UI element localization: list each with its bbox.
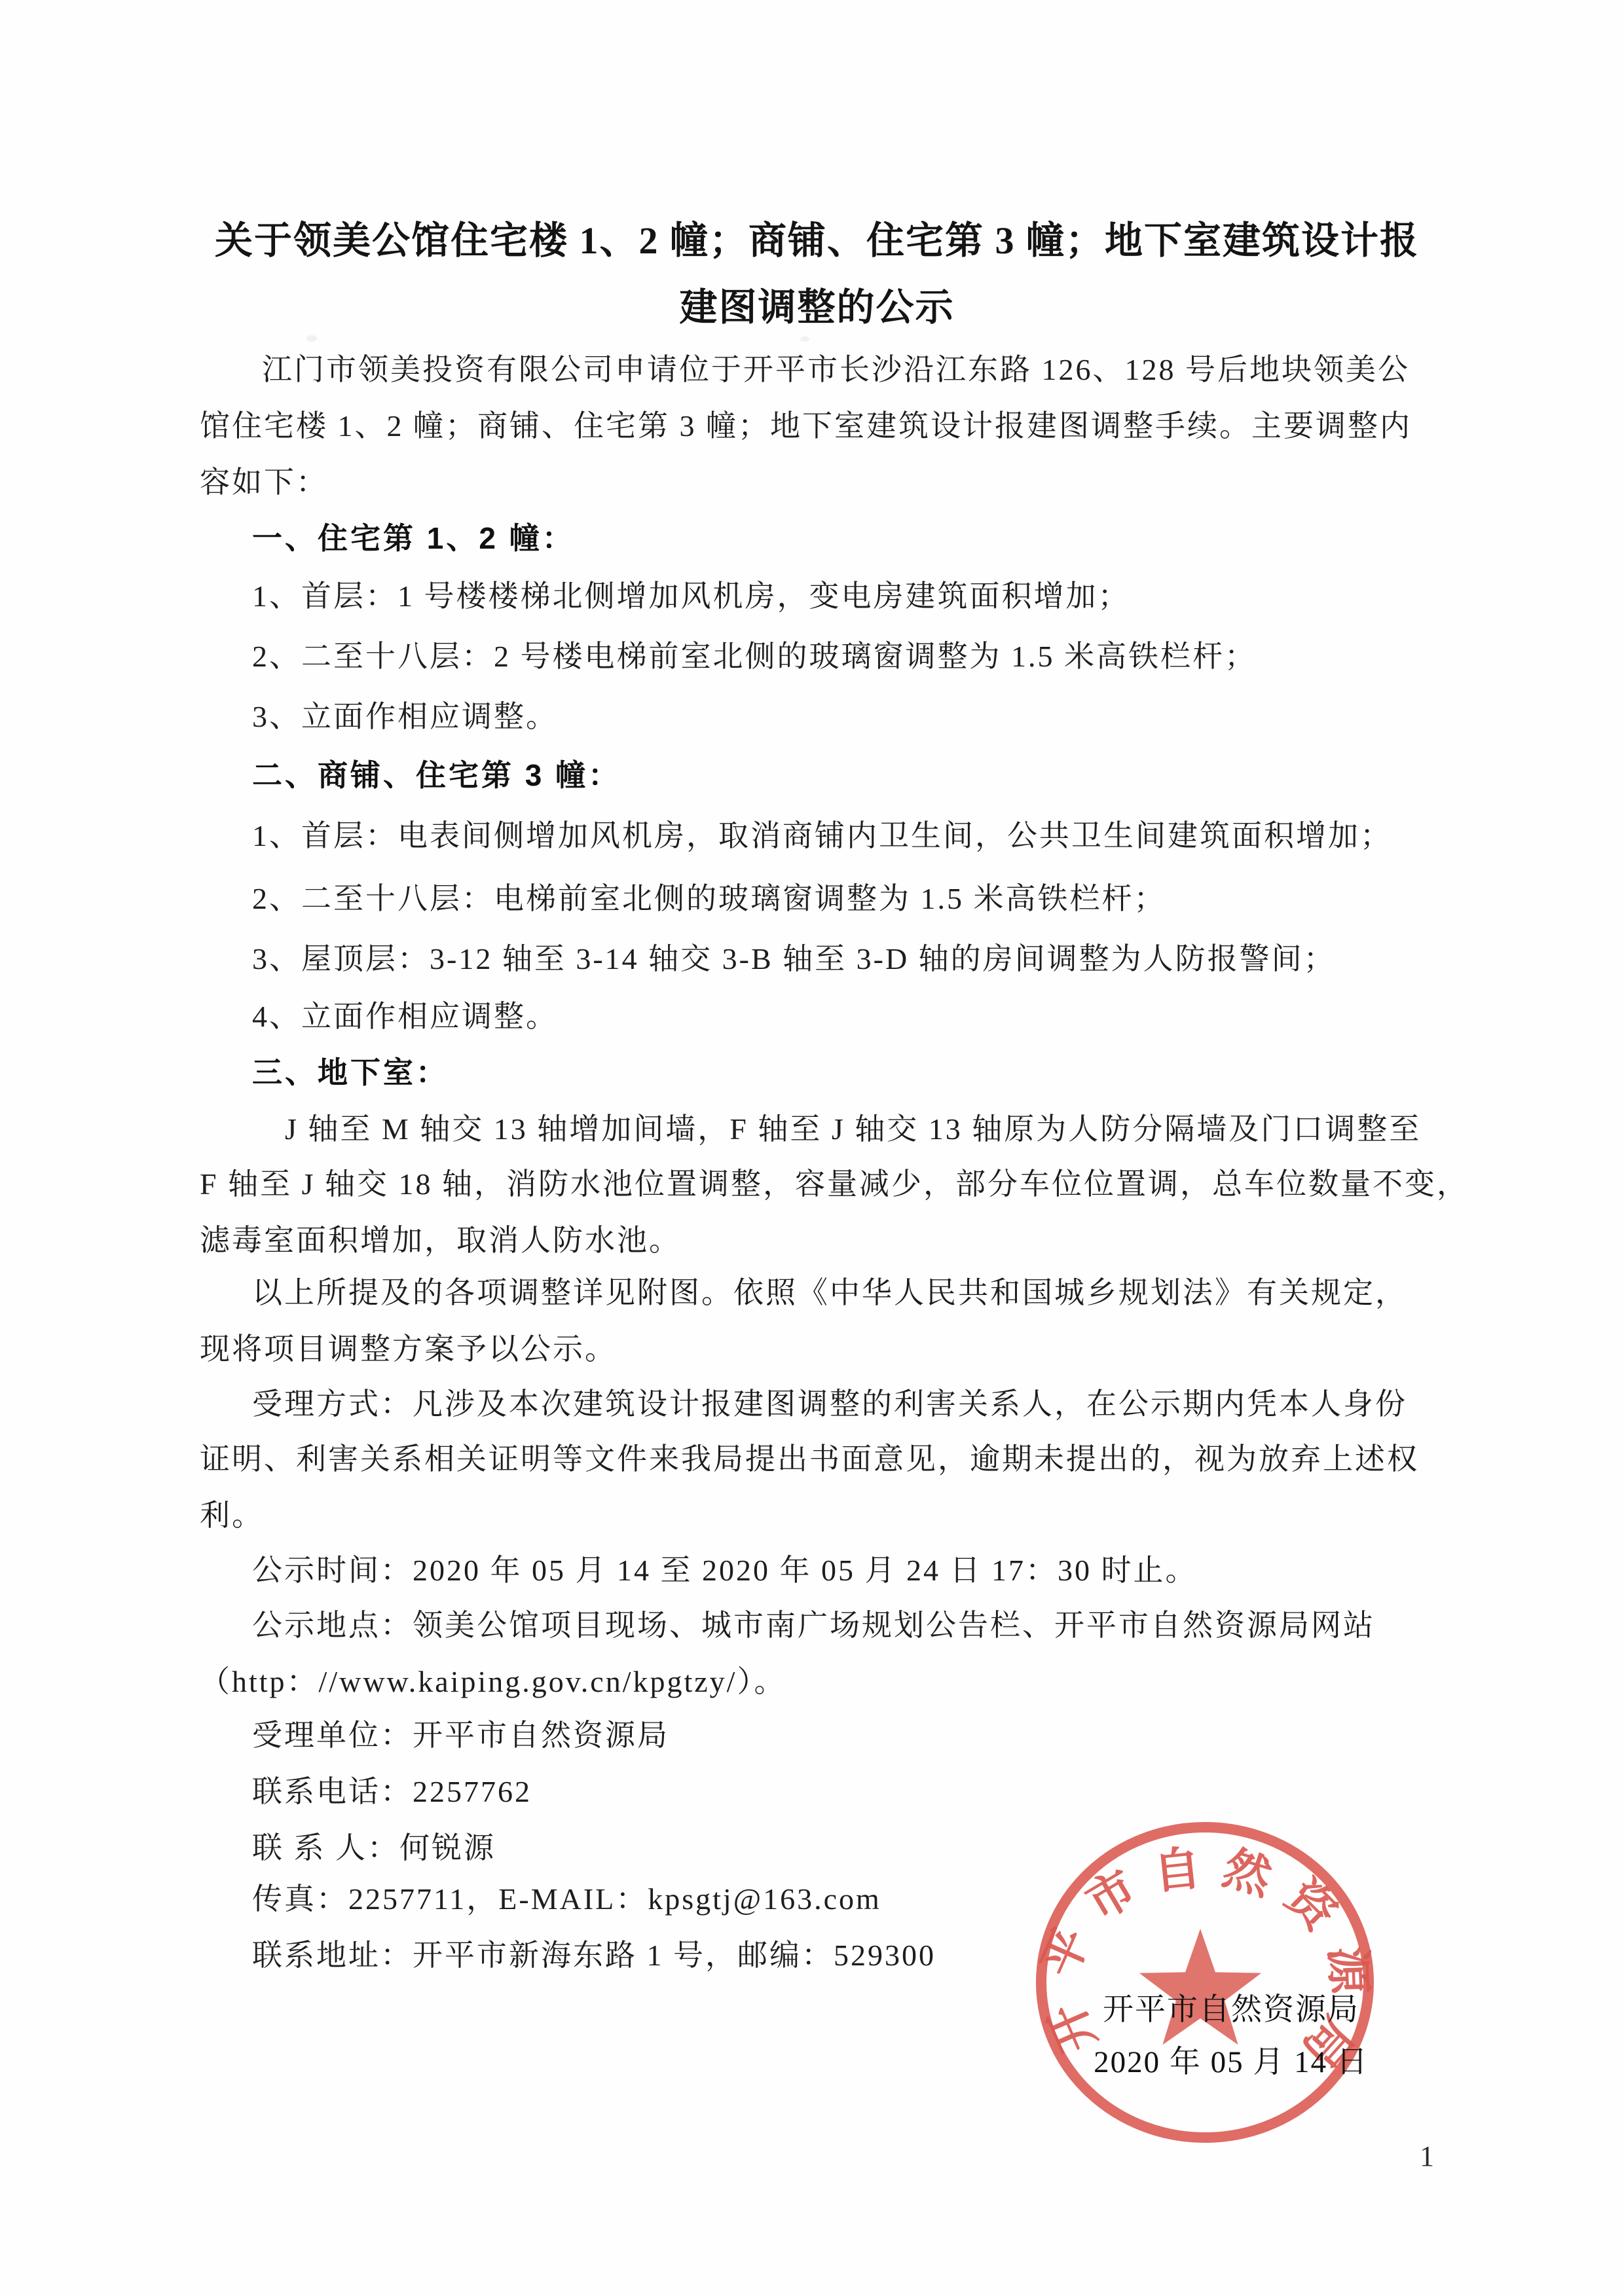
section-2-item-1: 1、首层：电表间侧增加风机房，取消商铺内卫生间，公共卫生间建筑面积增加； xyxy=(200,812,1516,855)
closing-line-1: 以上所提及的各项调整详见附图。依照《中华人民共和国城乡规划法》有关规定， xyxy=(200,1269,1516,1312)
notice-phone: 联系电话：2257762 xyxy=(200,1768,1516,1811)
section-3-heading: 三、地下室： xyxy=(200,1049,1516,1092)
notice-title-line-1: 关于领美公馆住宅楼 1、2 幢；商铺、住宅第 3 幢；地下室建筑设计报 xyxy=(200,210,1434,264)
section-1-item-2: 2、二至十八层：2 号楼电梯前室北侧的玻璃窗调整为 1.5 米高铁栏杆； xyxy=(200,632,1516,676)
section-2-item-2: 2、二至十八层：电梯前室北侧的玻璃窗调整为 1.5 米高铁栏杆； xyxy=(200,875,1516,918)
notice-place-line-1: 公示地点：领美公馆项目现场、城市南广场规划公告栏、开平市自然资源局网站 xyxy=(200,1601,1516,1645)
section-2-heading: 二、商铺、住宅第 3 幢： xyxy=(200,752,1516,795)
section-2-item-4: 4、立面作相应调整。 xyxy=(200,993,1516,1036)
section-2-item-3: 3、屋顶层：3-12 轴至 3-14 轴交 3-B 轴至 3-D 轴的房间调整为… xyxy=(200,935,1516,978)
intro-line-1: 江门市领美投资有限公司申请位于开平市长沙沿江东路 126、128 号后地块领美公 xyxy=(200,346,1526,389)
notice-title-line-2: 建图调整的公示 xyxy=(200,276,1434,331)
scanned-notice-page: 关于领美公馆住宅楼 1、2 幢；商铺、住宅第 3 幢；地下室建筑设计报 建图调整… xyxy=(0,0,1624,2296)
acceptance-line-1: 受理方式：凡涉及本次建筑设计报建图调整的利害关系人，在公示期内凭本人身份 xyxy=(200,1380,1516,1423)
scan-artifact xyxy=(800,337,809,342)
official-seal-stamp: 开平市自然资源局 xyxy=(1033,1821,1376,2143)
acceptance-line-2: 证明、利害关系相关证明等文件来我局提出书面意见，逾期未提出的，视为放弃上述权 xyxy=(200,1435,1464,1478)
signature-date: 2020 年 05 月 14 日 xyxy=(1067,2037,1395,2081)
notice-place-line-2: （http：//www.kaiping.gov.cn/kpgtzy/）。 xyxy=(200,1658,1464,1701)
section-3-line-2: F 轴至 J 轴交 18 轴，消防水池位置调整，容量减少，部分车位位置调，总车位… xyxy=(200,1160,1464,1203)
notice-unit: 受理单位：开平市自然资源局 xyxy=(200,1711,1516,1755)
section-1-item-3: 3、立面作相应调整。 xyxy=(200,693,1516,736)
notice-time: 公示时间：2020 年 05 月 14 至 2020 年 05 月 24 日 1… xyxy=(200,1546,1516,1590)
page-number: 1 xyxy=(1420,2140,1434,2173)
section-3-line-1: J 轴至 M 轴交 13 轴增加间墙，F 轴至 J 轴交 13 轴原为人防分隔墙… xyxy=(200,1105,1549,1148)
intro-line-2: 馆住宅楼 1、2 幢；商铺、住宅第 3 幢；地下室建筑设计报建图调整手续。主要调… xyxy=(200,402,1464,445)
section-3-line-3: 滤毒室面积增加，取消人防水池。 xyxy=(200,1216,1464,1260)
acceptance-line-3: 利。 xyxy=(200,1491,1464,1535)
section-1-item-1: 1、首层：1 号楼楼梯北侧增加风机房，变电房建筑面积增加； xyxy=(200,572,1516,615)
intro-line-3: 容如下： xyxy=(200,458,1464,501)
closing-line-2: 现将项目调整方案予以公示。 xyxy=(200,1325,1464,1368)
section-1-heading: 一、住宅第 1、2 幢： xyxy=(200,515,1516,558)
signature-org: 开平市自然资源局 xyxy=(1067,1985,1395,2029)
scan-artifact xyxy=(306,335,317,342)
